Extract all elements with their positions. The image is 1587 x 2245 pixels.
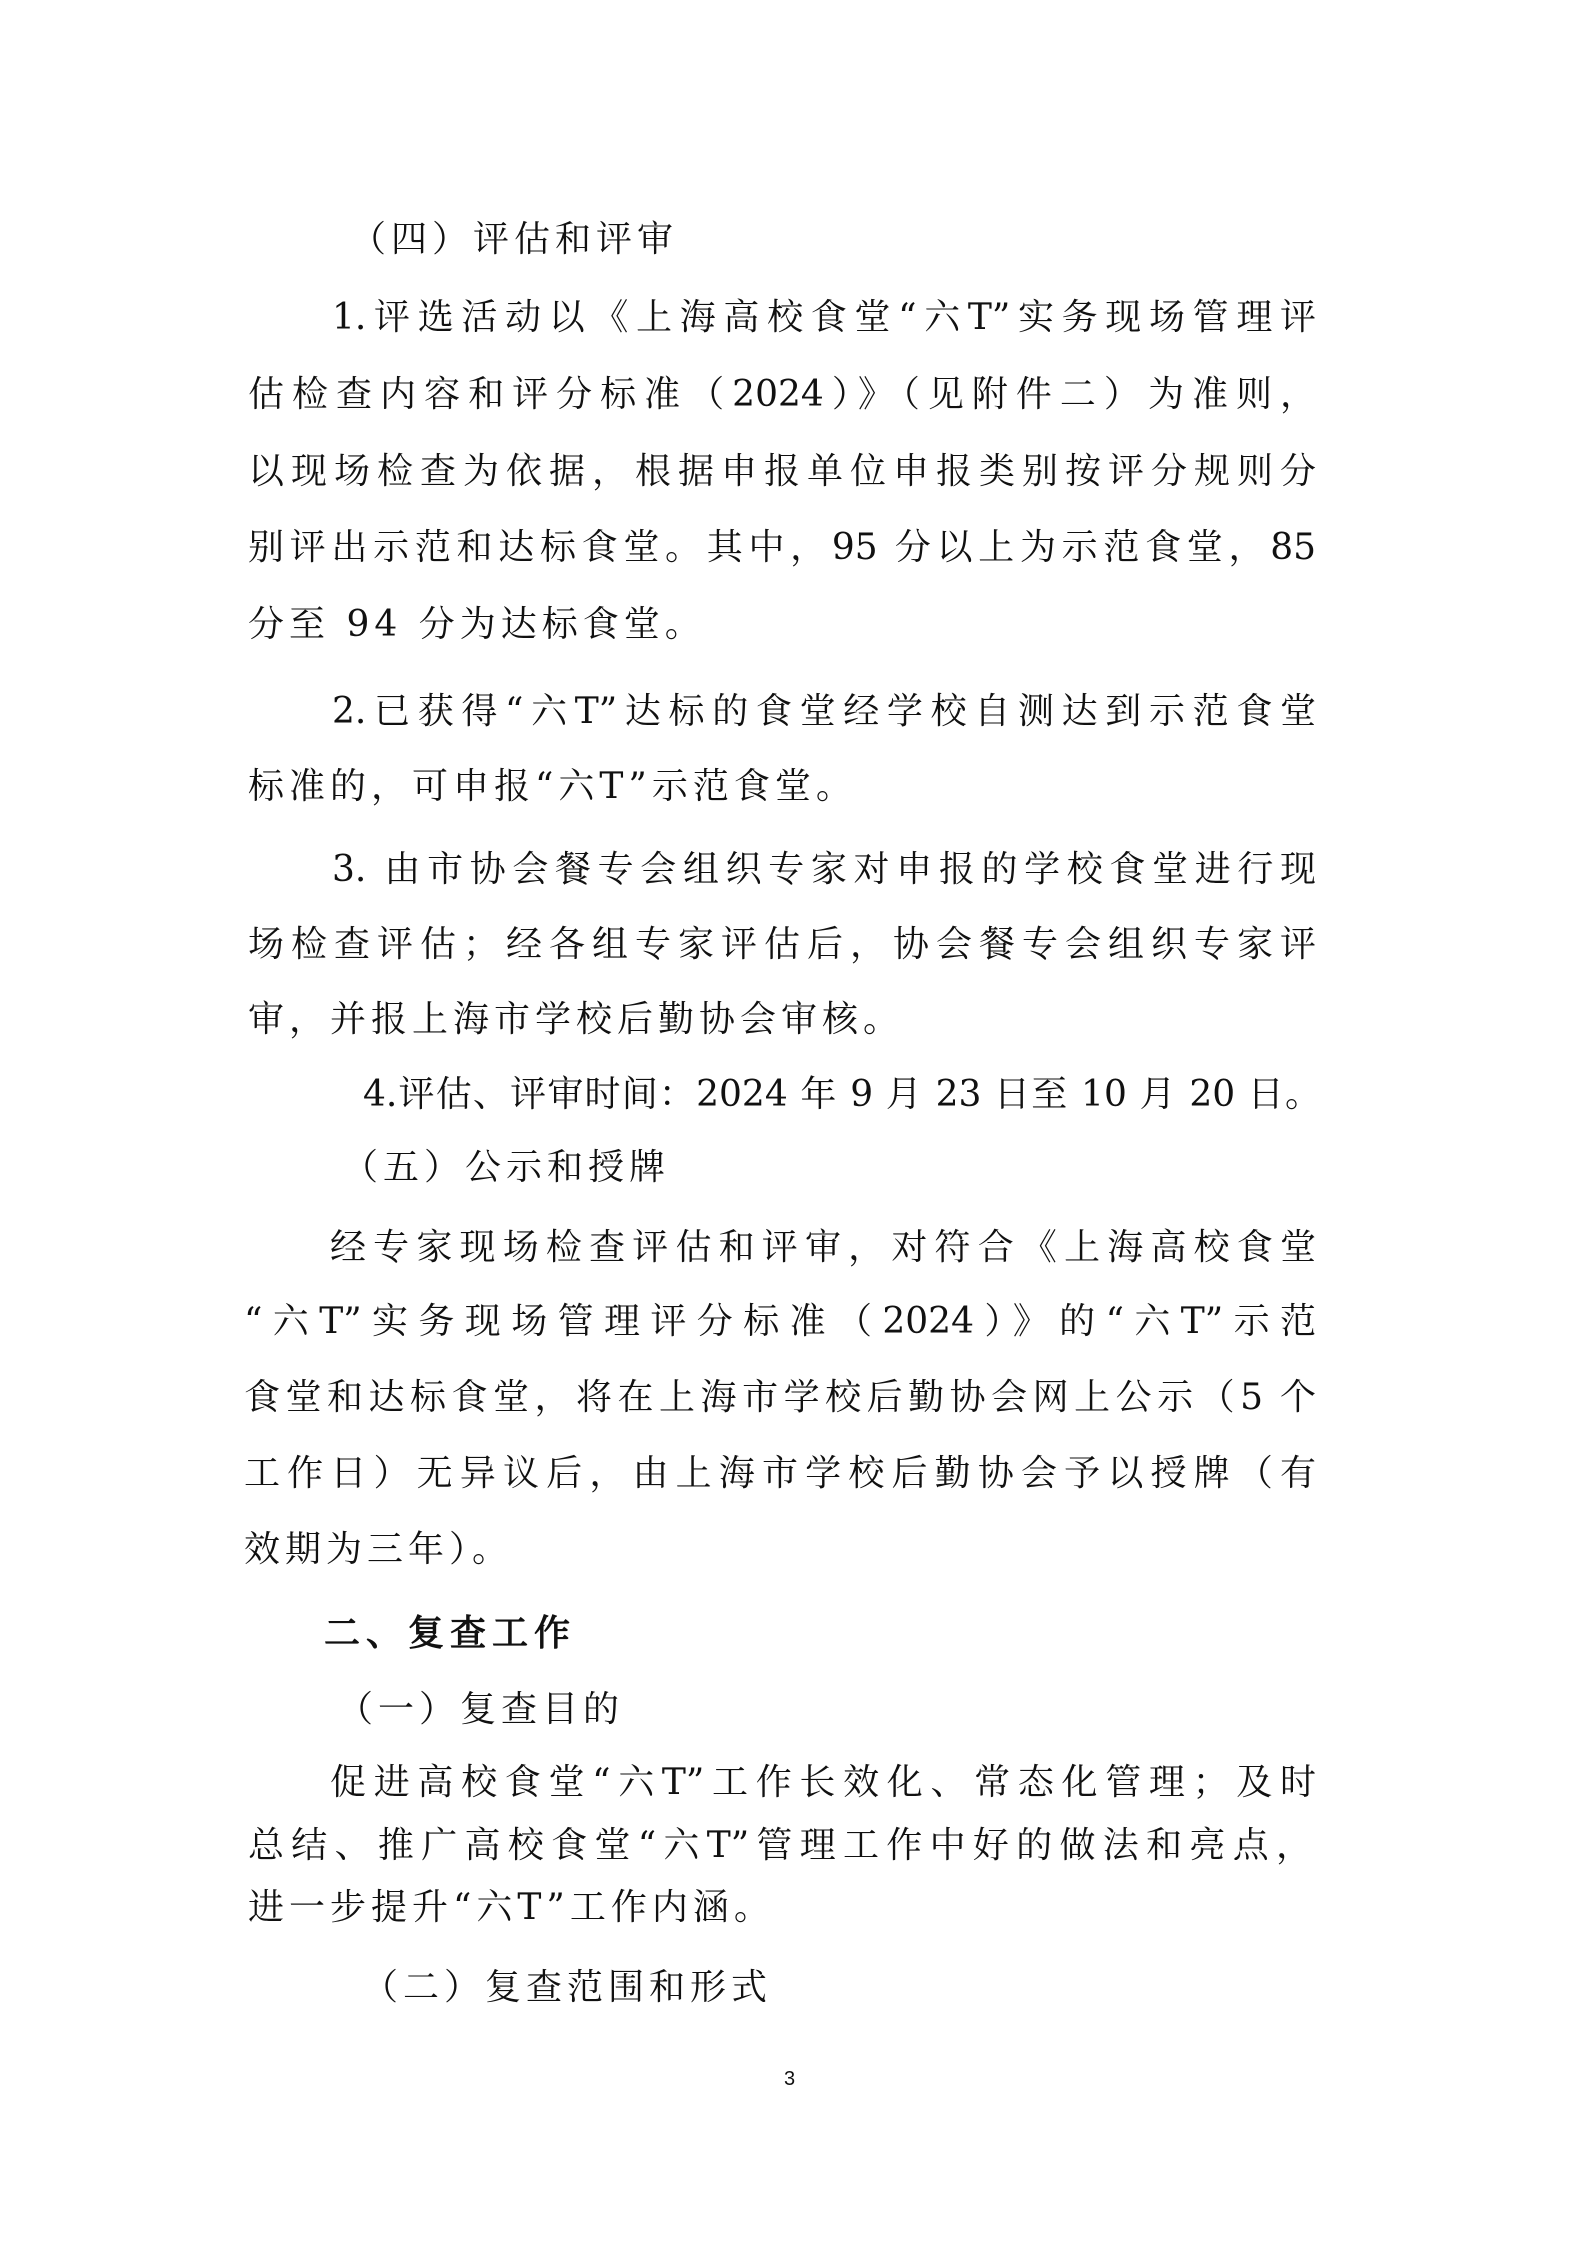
paragraph-line: 分至 94 分为达标食堂。 bbox=[248, 600, 706, 650]
paragraph-line: 审，并报上海市学校后勤协会审核。 bbox=[248, 995, 904, 1045]
paragraph-line: 2.已获得“六T”达标的食堂经学校自测达到示范食堂 bbox=[332, 687, 1316, 737]
subsection-heading-purpose: （一）复查目的 bbox=[337, 1685, 624, 1735]
paragraph-line: 3. 由市协会餐专会组织专家对申报的学校食堂进行现 bbox=[332, 845, 1316, 895]
paragraph-line: 工作日）无异议后，由上海市学校后勤协会予以授牌（有 bbox=[244, 1449, 1316, 1499]
document-page: （四）评估和评审 1.评选活动以《上海高校食堂“六T”实务现场管理评 估检查内容… bbox=[0, 0, 1587, 2245]
paragraph-line: 促进高校食堂“六T”工作长效化、常态化管理；及时 bbox=[330, 1758, 1316, 1808]
subsection-heading-scope: （二）复查范围和形式 bbox=[362, 1963, 772, 2013]
paragraph-line: 标准的，可申报“六T”示范食堂。 bbox=[248, 762, 857, 812]
paragraph-line: 1.评选活动以《上海高校食堂“六T”实务现场管理评 bbox=[332, 293, 1316, 343]
paragraph-line: 4.评估、评审时间：2024 年 9 月 23 日至 10 月 20 日。 bbox=[363, 1070, 1321, 1120]
paragraph-line: 进一步提升“六T”工作内涵。 bbox=[248, 1883, 775, 1933]
paragraph-line: 场检查评估；经各组专家评估后，协会餐专会组织专家评 bbox=[248, 920, 1316, 970]
chapter-heading-review: 二、复查工作 bbox=[324, 1609, 576, 1659]
section-heading-publicity: （五）公示和授牌 bbox=[342, 1143, 670, 1193]
paragraph-line: 经专家现场检查评估和评审，对符合《上海高校食堂 bbox=[330, 1223, 1316, 1273]
paragraph-line: 估检查内容和评分标准（2024）》（见附件二）为准则， bbox=[248, 370, 1316, 420]
paragraph-line: “六T”实务现场管理评分标准（2024）》的“六T”示范 bbox=[244, 1297, 1316, 1347]
paragraph-line: 食堂和达标食堂，将在上海市学校后勤协会网上公示（5 个 bbox=[244, 1373, 1316, 1423]
paragraph-line: 效期为三年）。 bbox=[244, 1525, 513, 1575]
paragraph-line: 别评出示范和达标食堂。其中，95 分以上为示范食堂，85 bbox=[248, 523, 1316, 573]
section-heading-evaluation: （四）评估和评审 bbox=[350, 215, 678, 265]
paragraph-line: 以现场检查为依据，根据申报单位申报类别按评分规则分 bbox=[248, 447, 1316, 497]
paragraph-line: 总结、推广高校食堂“六T”管理工作中好的做法和亮点， bbox=[248, 1821, 1312, 1871]
page-number: 3 bbox=[784, 2068, 795, 2091]
